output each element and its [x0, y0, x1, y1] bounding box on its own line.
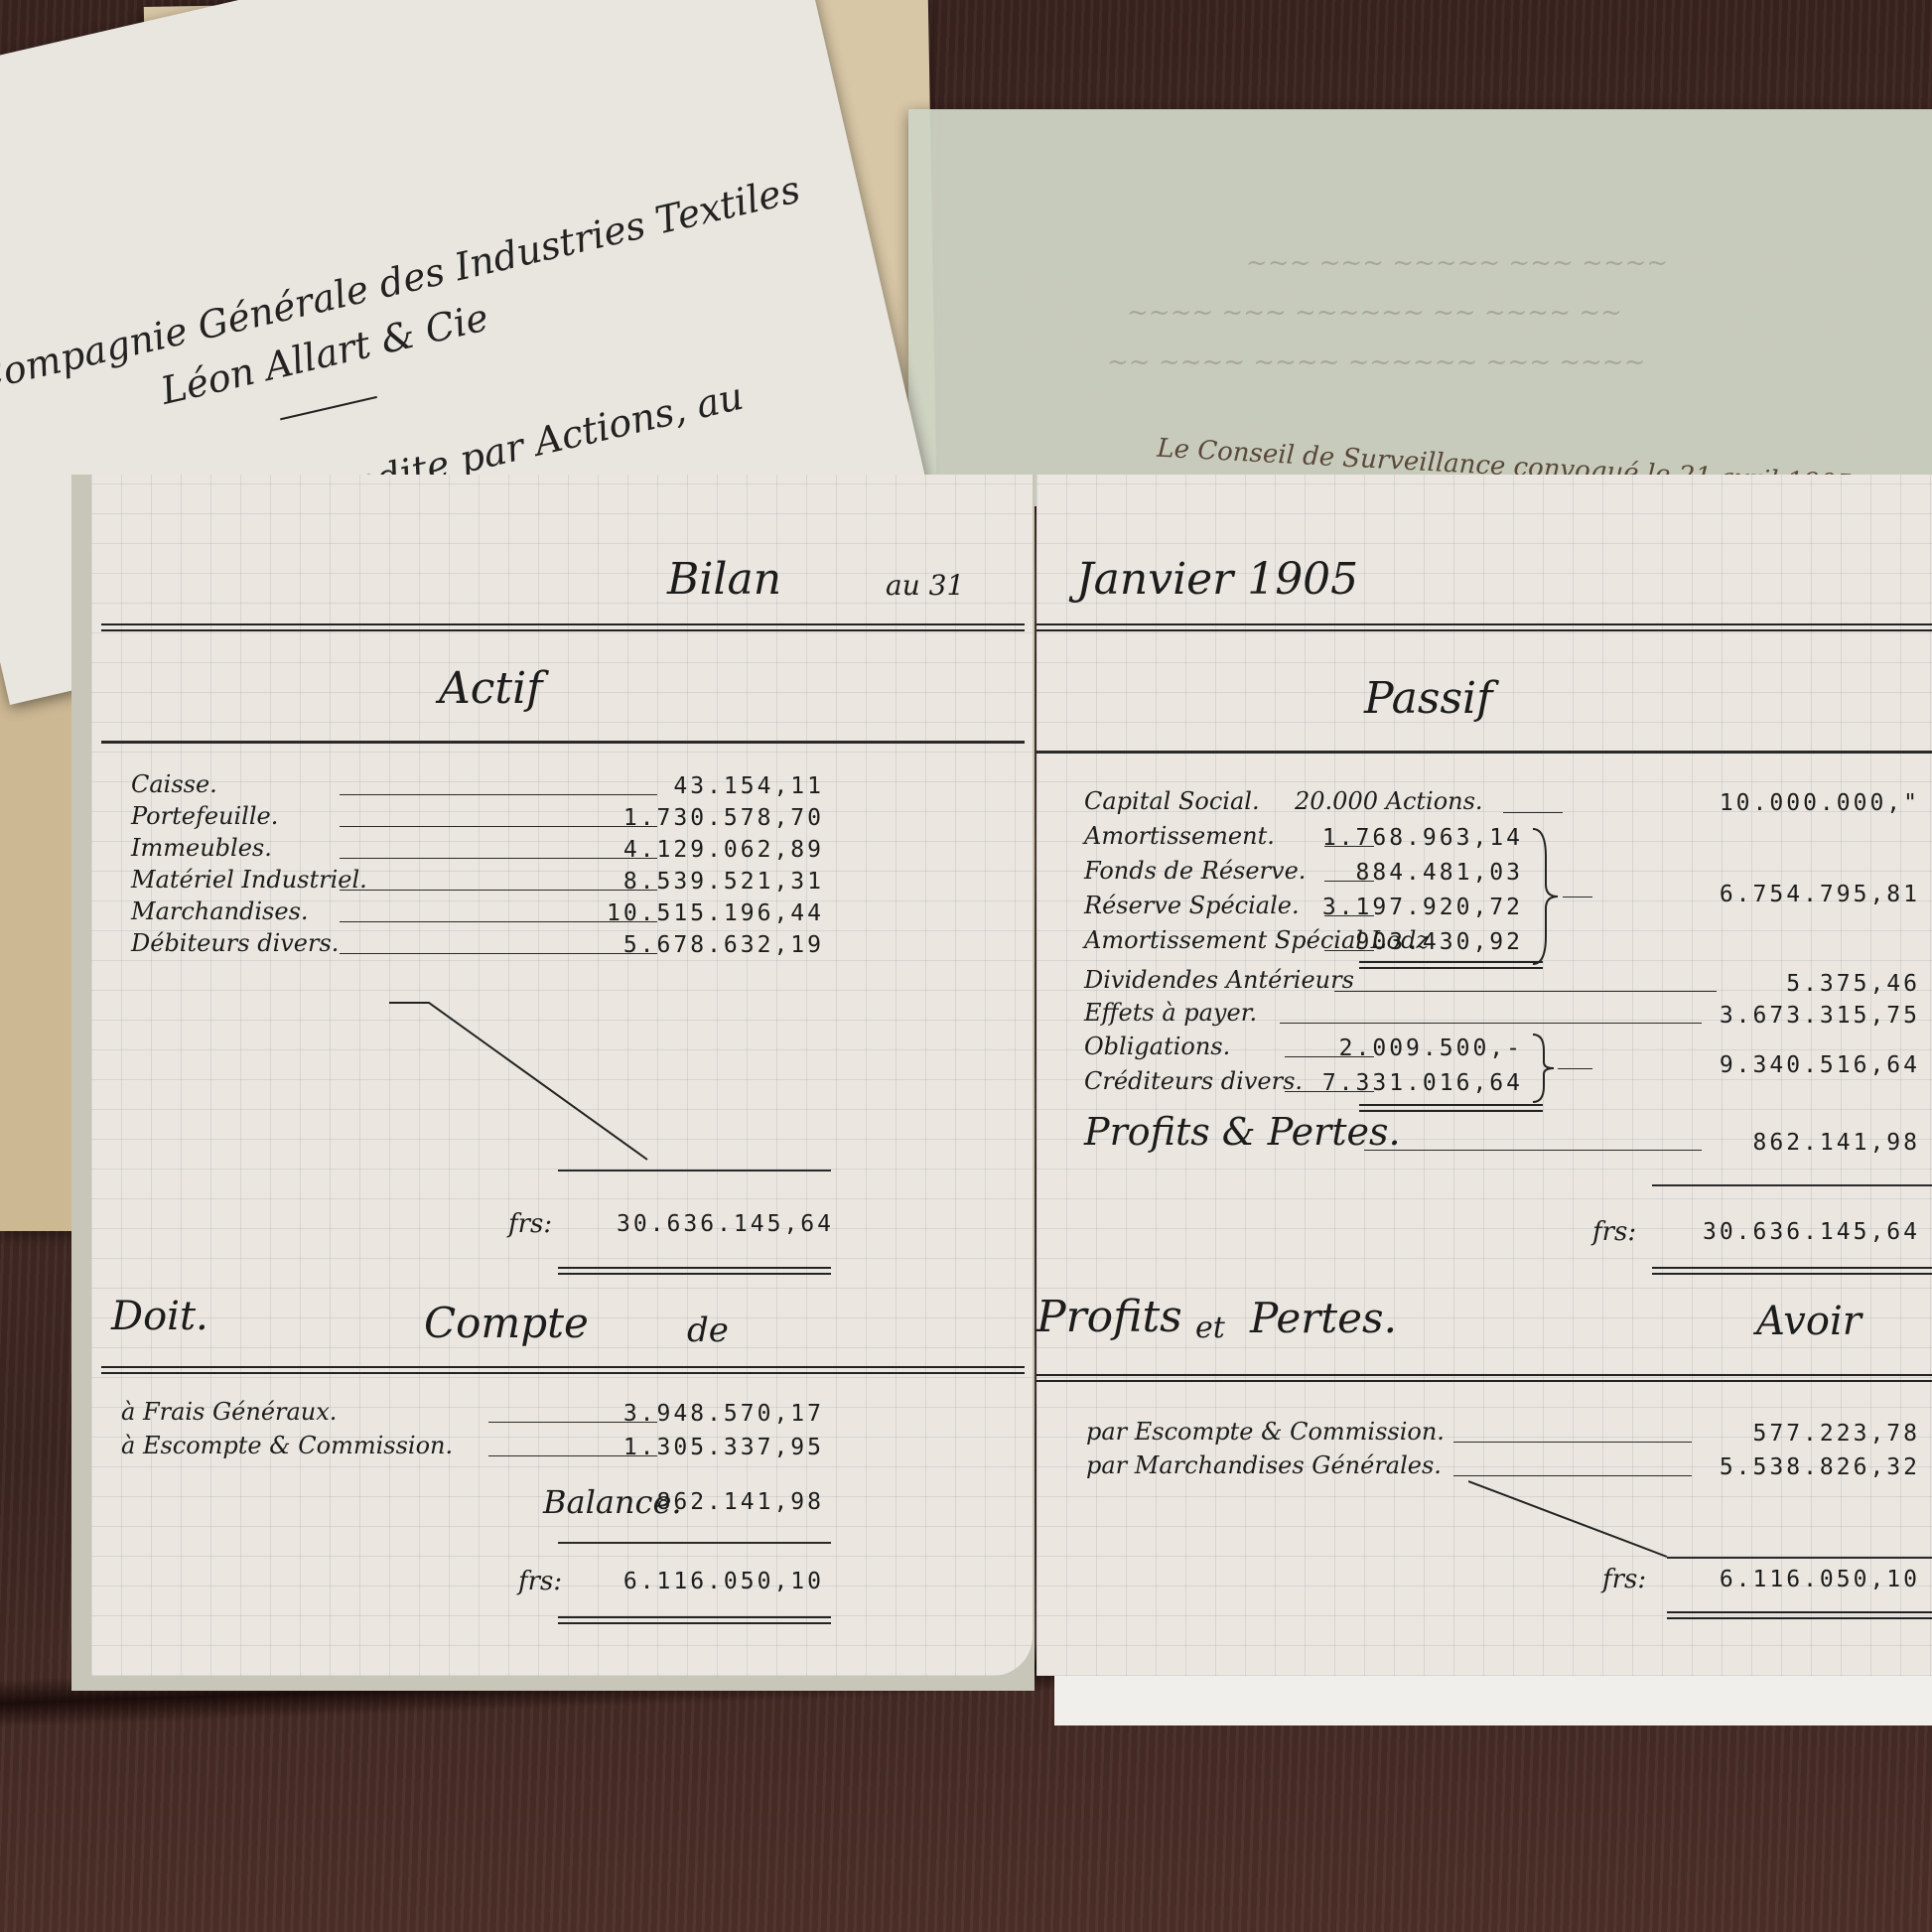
- compte-title-word: et: [1195, 1311, 1225, 1345]
- actif-item-label: Matériel Industriel.: [131, 866, 367, 894]
- compte-title-word: Profits: [1036, 1292, 1182, 1342]
- leader-line: [1563, 897, 1592, 897]
- debt-item-amount: 2.009.500,-: [1339, 1035, 1523, 1061]
- debit-item-amount: 1.305.337,95: [623, 1435, 824, 1460]
- actif-item-amount: 4.129.062,89: [623, 837, 824, 863]
- actif-heading: Actif: [439, 663, 542, 714]
- faded-handwriting: ~~ ~~~~ ~~~~ ~~~~~~ ~~~ ~~~~: [1107, 347, 1645, 377]
- reserve-item-label: Amortissement.: [1084, 822, 1275, 850]
- passif-total: 30.636.145,64: [1703, 1219, 1920, 1245]
- bills-payable-amount: 3.673.315,75: [1720, 1003, 1920, 1029]
- faded-handwriting: ~~~ ~~~ ~~~~~ ~~~ ~~~~: [1246, 248, 1668, 278]
- reserves-brace: [1528, 827, 1568, 966]
- actif-total: 30.636.145,64: [617, 1211, 834, 1237]
- header-rule: [1036, 623, 1932, 631]
- debt-item-label: Obligations.: [1084, 1033, 1230, 1060]
- credit-item-amount: 577.223,78: [1753, 1421, 1920, 1447]
- capital-shares: 20.000 Actions.: [1295, 787, 1483, 815]
- debit-double-rule: [558, 1616, 831, 1624]
- divider: [280, 396, 377, 420]
- header-rule: [101, 623, 1025, 631]
- profit-loss-label: Profits & Pertes.: [1084, 1110, 1401, 1154]
- compte-title-word: Compte: [424, 1299, 589, 1347]
- leader-line: [1364, 1150, 1702, 1151]
- left-page: Bilan au 31 Actif frs: 30.636.145,64 Doi…: [91, 475, 1033, 1676]
- actif-item-label: Immeubles.: [131, 834, 272, 862]
- closing-flourish: [389, 1001, 657, 1170]
- compte-title-word: Pertes.: [1250, 1294, 1397, 1342]
- bilan-date: Janvier 1905: [1076, 554, 1358, 605]
- passif-total-prefix: frs:: [1592, 1217, 1636, 1247]
- actif-item-amount: 43.154,11: [673, 773, 824, 799]
- capital-amount: 10.000.000,": [1720, 790, 1920, 816]
- leader-line: [1280, 1023, 1702, 1024]
- section-rule: [101, 741, 1025, 744]
- dividends-label: Dividendes Antérieurs: [1084, 966, 1354, 994]
- capital-label: Capital Social.: [1084, 787, 1260, 815]
- compte-title-word: de: [687, 1311, 729, 1350]
- actif-item-label: Caisse.: [131, 770, 217, 798]
- section-rule: [1036, 751, 1932, 754]
- debit-item-amount: 3.948.570,17: [623, 1401, 824, 1427]
- leader-line: [1453, 1442, 1692, 1443]
- debit-total-rule: [558, 1542, 831, 1544]
- reserve-item-amount: 3.197.920,72: [1322, 895, 1523, 920]
- debt-item-label: Créditeurs divers.: [1084, 1067, 1303, 1095]
- total-rule: [558, 1170, 831, 1172]
- leader-line: [1558, 1068, 1592, 1069]
- credit-total-rule: [1667, 1557, 1932, 1559]
- leader-line: [1503, 812, 1563, 813]
- leader-line: [340, 858, 657, 859]
- debit-total: 6.116.050,10: [623, 1569, 824, 1594]
- debt-subtotal: 9.340.516,64: [1720, 1052, 1920, 1078]
- avoir-label: Avoir: [1756, 1299, 1862, 1344]
- debt-item-amount: 7.331.016,64: [1322, 1070, 1523, 1096]
- bills-payable-label: Effets à payer.: [1084, 999, 1257, 1027]
- reserve-item-amount: 884.481,03: [1356, 860, 1523, 886]
- credit-double-rule: [1667, 1611, 1932, 1619]
- credit-item-amount: 5.538.826,32: [1720, 1454, 1920, 1480]
- credit-total: 6.116.050,10: [1720, 1567, 1920, 1592]
- total-double-rule: [1652, 1267, 1932, 1275]
- credit-item-label: par Escompte & Commission.: [1086, 1418, 1445, 1446]
- onion-skin-letter: ~~~ ~~~ ~~~~~ ~~~ ~~~~ ~~~~ ~~~ ~~~~~~ ~…: [908, 109, 1932, 506]
- actif-item-amount: 5.678.632,19: [623, 932, 824, 958]
- debit-total-prefix: frs:: [518, 1567, 562, 1596]
- compte-header-rule: [1036, 1374, 1932, 1382]
- company-name: Compagnie Générale des Industries Textil…: [0, 167, 804, 399]
- reserves-subtotal: 6.754.795,81: [1720, 882, 1920, 907]
- leader-line: [1334, 991, 1717, 992]
- doit-label: Doit.: [111, 1294, 208, 1339]
- reserve-item-label: Réserve Spéciale.: [1084, 892, 1300, 919]
- debit-item-label: à Escompte & Commission.: [121, 1432, 453, 1459]
- credit-total-prefix: frs:: [1602, 1565, 1646, 1594]
- actif-item-label: Portefeuille.: [131, 802, 278, 830]
- credit-flourish: [1468, 1479, 1677, 1559]
- passif-heading: Passif: [1364, 673, 1492, 724]
- profit-loss-amount: 862.141,98: [1753, 1130, 1920, 1156]
- balance-amount: 862.141,98: [657, 1489, 824, 1515]
- leader-line: [340, 890, 657, 891]
- actif-item-amount: 8.539.521,31: [623, 869, 824, 895]
- leader-line: [340, 826, 657, 827]
- ledger-book: Bilan au 31 Actif frs: 30.636.145,64 Doi…: [71, 475, 1878, 1725]
- leader-line: [1453, 1475, 1692, 1476]
- debit-item-label: à Frais Généraux.: [121, 1398, 337, 1426]
- bilan-title: Bilan: [667, 554, 781, 605]
- reserve-item-label: Fonds de Réserve.: [1084, 857, 1306, 885]
- bilan-date-prefix: au 31: [886, 569, 964, 602]
- actif-item-amount: 10.515.196,44: [607, 900, 824, 926]
- leader-line: [340, 953, 657, 954]
- faded-handwriting: ~~~~ ~~~ ~~~~~~ ~~ ~~~~ ~~: [1127, 298, 1622, 328]
- actif-total-prefix: frs:: [508, 1209, 552, 1239]
- leader-line: [340, 794, 657, 795]
- dividends-amount: 5.375,46: [1786, 971, 1920, 997]
- reserve-item-amount: 1.768.963,14: [1322, 825, 1523, 851]
- credit-item-label: par Marchandises Générales.: [1086, 1451, 1442, 1479]
- actif-item-label: Débiteurs divers.: [131, 929, 339, 957]
- reserves-double-rule: [1359, 961, 1543, 969]
- reserve-item-amount: 903.430,92: [1356, 929, 1523, 955]
- actif-item-label: Marchandises.: [131, 897, 309, 925]
- compte-header-rule: [101, 1366, 1025, 1374]
- actif-item-amount: 1.730.578,70: [623, 805, 824, 831]
- total-double-rule: [558, 1267, 831, 1275]
- right-page: Janvier 1905 Passif Capital Social. 20.0…: [1036, 475, 1932, 1676]
- total-rule: [1652, 1184, 1932, 1186]
